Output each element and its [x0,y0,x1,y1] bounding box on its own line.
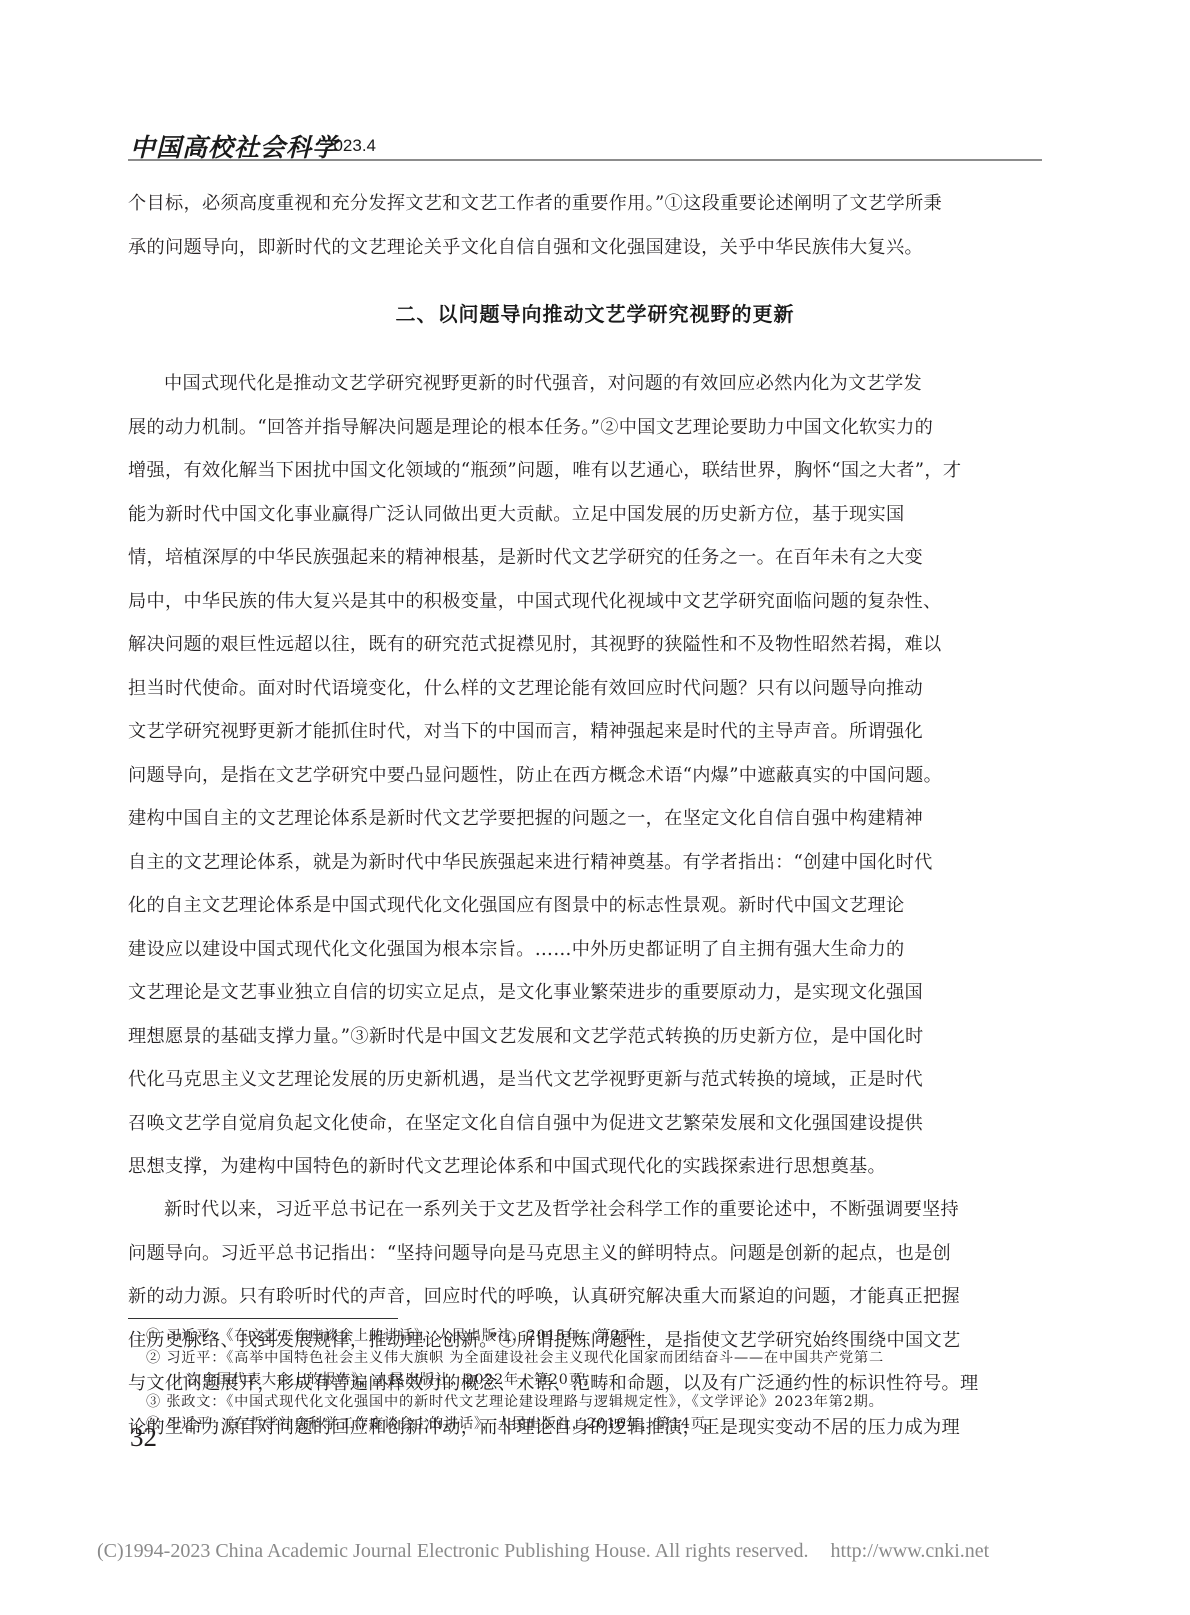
paragraph-1: 中国式现代化是推动文艺学研究视野更新的时代强音，对问题的有效回应必然内化为文艺学… [128,362,1040,1189]
footnote-divider [128,1318,398,1319]
footnote-text: 张政文：《中国式现代化文化强国中的新时代文艺理论建设理路与逻辑规定性》，《文学评… [166,1394,883,1410]
footnote-1: ① 习近平：《在文艺工作座谈会上的讲话》，人民出版社，2015年，第2页。 [146,1325,1046,1347]
footnote-marker: ③ [146,1394,161,1410]
text-line: 展的动力机制。“回答并指导解决问题是理论的根本任务。”②中国文艺理论要助力中国文… [128,406,1040,450]
text-line: 文艺理论是文艺事业独立自信的切实立足点，是文化事业繁荣进步的重要原动力，是实现文… [128,971,1040,1015]
text-line: 建构中国自主的文艺理论体系是新时代文艺学要把握的问题之一，在坚定文化自信自强中构… [128,797,1040,841]
footnote-4: ④ 习近平：《在哲学社会科学工作座谈会上的讲话》，人民出版社，2016年，第14… [146,1413,1046,1435]
text-line: 召唤文艺学自觉肩负起文化使命，在坚定文化自信自强中为促进文艺繁荣发展和文化强国建… [128,1102,1040,1146]
text-line: 能为新时代中国文化事业赢得广泛认同做出更大贡献。立足中国发展的历史新方位，基于现… [128,493,1040,537]
footnotes: ① 习近平：《在文艺工作座谈会上的讲话》，人民出版社，2015年，第2页。 ② … [146,1325,1046,1435]
section-heading: 二、以问题导向推动文艺学研究视野的更新 [0,298,1190,327]
text-line: 担当时代使命。面对时代语境变化，什么样的文艺理论能有效回应时代问题？只有以问题导… [128,667,1040,711]
footnote-3: ③ 张政文：《中国式现代化文化强国中的新时代文艺理论建设理路与逻辑规定性》，《文… [146,1391,1046,1413]
text-line: 文艺学研究视野更新才能抓住时代，对当下的中国而言，精神强起来是时代的主导声音。所… [128,710,1040,754]
footnote-text: 习近平：《在哲学社会科学工作座谈会上的讲话》，人民出版社，2016年，第14页。 [166,1416,720,1432]
header-divider [128,159,1042,161]
text-line: 局中，中华民族的伟大复兴是其中的积极变量，中国式现代化视域中文艺学研究面临问题的… [128,580,1040,624]
journal-page: 中国高校社会科学 2023.4 个目标，必须高度重视和充分发挥文艺和文艺工作者的… [0,0,1190,1615]
footnote-text: 习近平：《高举中国特色社会主义伟大旗帜 为全面建设社会主义现代化国家而团结奋斗—… [166,1350,884,1366]
text-line: 增强，有效化解当下困扰中国文化领域的“瓶颈”问题，唯有以艺通心，联结世界，胸怀“… [128,449,1040,493]
text-line: 问题导向。习近平总书记指出：“坚持问题导向是马克思主义的鲜明特点。问题是创新的起… [128,1232,1040,1276]
text-line: 中国式现代化是推动文艺学研究视野更新的时代强音，对问题的有效回应必然内化为文艺学… [128,362,1040,406]
text-line: 新的动力源。只有聆听时代的声音，回应时代的呼唤，认真研究解决重大而紧迫的问题，才… [128,1275,1040,1319]
text-line: 思想支撑，为建构中国特色的新时代文艺理论体系和中国式现代化的实践探索进行思想奠基… [128,1145,1040,1189]
text-line: 承的问题导向，即新时代的文艺理论关乎文化自信自强和文化强国建设，关乎中华民族伟大… [128,226,1040,270]
copyright-text: (C)1994-2023 China Academic Journal Elec… [97,1540,809,1562]
text-line: 自主的文艺理论体系，就是为新时代中华民族强起来进行精神奠基。有学者指出：“创建中… [128,841,1040,885]
intro-paragraph: 个目标，必须高度重视和充分发挥文艺和文艺工作者的重要作用。”①这段重要论述阐明了… [128,182,1040,269]
text-line: 情，培植深厚的中华民族强起来的精神根基，是新时代文艺学研究的任务之一。在百年未有… [128,536,1040,580]
footnote-text: 习近平：《在文艺工作座谈会上的讲话》，人民出版社，2015年，第2页。 [166,1328,651,1344]
text-line: 解决问题的艰巨性远超以往，既有的研究范式捉襟见肘，其视野的狭隘性和不及物性昭然若… [128,623,1040,667]
cnki-link[interactable]: http://www.cnki.net [831,1540,990,1562]
text-line: 化的自主文艺理论体系是中国式现代化文化强国应有图景中的标志性景观。新时代中国文艺… [128,884,1040,928]
text-line: 理想愿景的基础支撑力量。”③新时代是中国文艺发展和文艺学范式转换的历史新方位，是… [128,1015,1040,1059]
text-line: 问题导向，是指在文艺学研究中要凸显问题性，防止在西方概念术语“内爆”中遮蔽真实的… [128,754,1040,798]
footnote-marker: ① [146,1328,161,1344]
page-number: 32 [130,1422,157,1453]
text-line: 个目标，必须高度重视和充分发挥文艺和文艺工作者的重要作用。”①这段重要论述阐明了… [128,182,1040,226]
text-line: 代化马克思主义文艺理论发展的历史新机遇，是当代文艺学视野更新与范式转换的境域，正… [128,1058,1040,1102]
footnote-marker: ② [146,1350,161,1366]
issue-number: 2023.4 [324,136,376,156]
running-header: 中国高校社会科学 2023.4 [128,128,1040,160]
footnote-2-continuation: 十次全国代表大会上的报告》，人民出版社，2022年，第20页。 [146,1369,1046,1391]
text-line: 新时代以来，习近平总书记在一系列关于文艺及哲学社会科学工作的重要论述中，不断强调… [128,1188,1040,1232]
copyright-notice: (C)1994-2023 China Academic Journal Elec… [97,1540,989,1563]
footnote-2: ② 习近平：《高举中国特色社会主义伟大旗帜 为全面建设社会主义现代化国家而团结奋… [146,1347,1046,1369]
text-line: 建设应以建设中国式现代化文化强国为根本宗旨。……中外历史都证明了自主拥有强大生命… [128,928,1040,972]
